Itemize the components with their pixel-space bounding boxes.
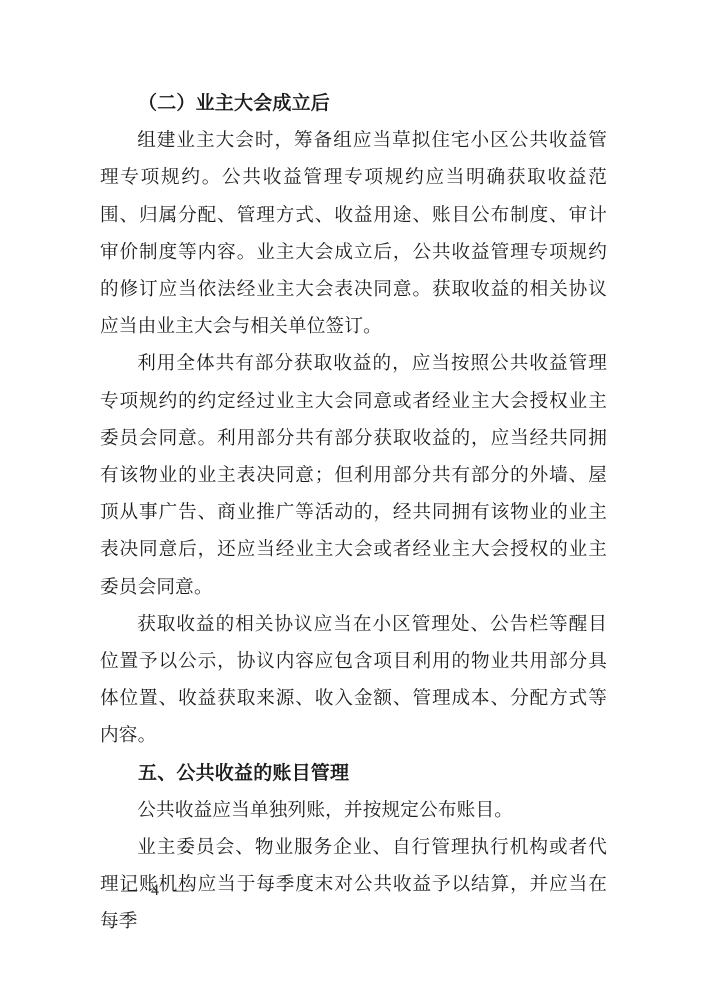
document-body: （二）业主大会成立后 组建业主大会时，筹备组应当草拟住宅小区公共收益管理专项规约… (100, 85, 607, 941)
paragraph-separate-accounting: 公共收益应当单独列账，并按规定公布账目。 (100, 792, 607, 829)
section-heading-owners-meeting-established: （二）业主大会成立后 (100, 85, 607, 122)
section-heading-account-management: 五、公共收益的账目管理 (100, 755, 607, 792)
document-page: （二）业主大会成立后 组建业主大会时，筹备组应当草拟住宅小区公共收益管理专项规约… (0, 0, 706, 1000)
paragraph-agreement-publicity: 获取收益的相关协议应当在小区管理处、公告栏等醒目位置予以公示，协议内容应包含项目… (100, 606, 607, 755)
page-number: — 4 — (121, 882, 194, 900)
paragraph-common-area-revenue-approval: 利用全体共有部分获取收益的，应当按照公共收益管理专项规约的约定经过业主大会同意或… (100, 345, 607, 605)
paragraph-special-covenant-drafting: 组建业主大会时，筹备组应当草拟住宅小区公共收益管理专项规约。公共收益管理专项规约… (100, 122, 607, 345)
